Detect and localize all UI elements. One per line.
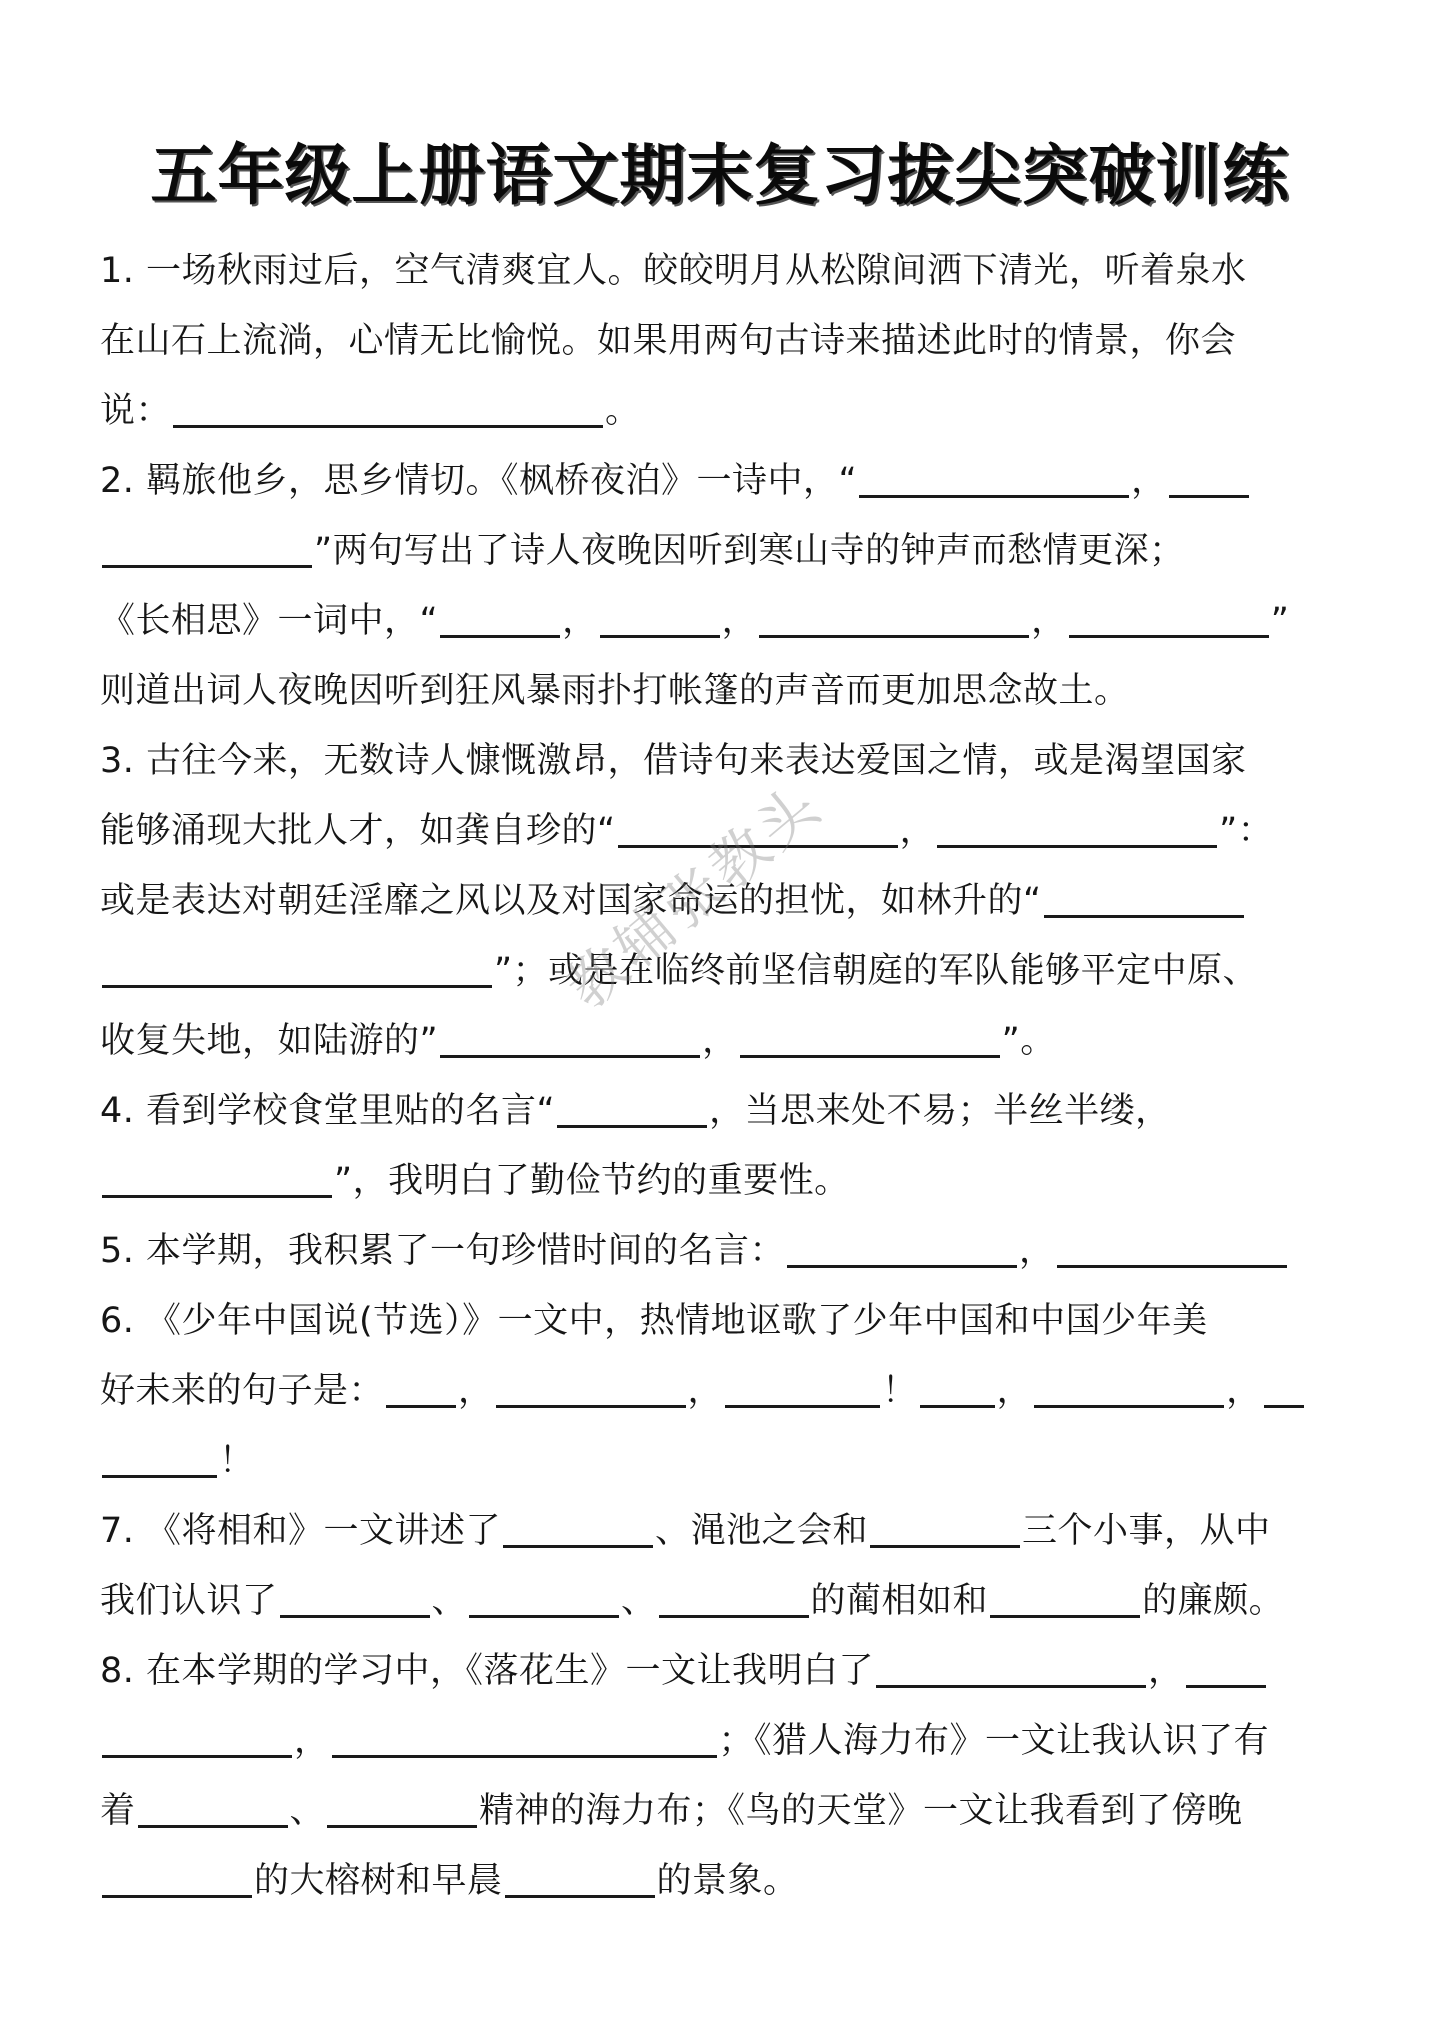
question-text: 2. 羁旅他乡，思乡情切。《枫桥夜泊》一诗中，“: [100, 446, 857, 516]
question-8: 8. 在本学期的学习中，《落花生》一文让我明白了，，；《猎人海力布》一文让我认识…: [100, 1636, 1350, 1916]
question-text: ，: [1131, 446, 1167, 516]
question-text: ，: [900, 796, 936, 866]
question-text: ，: [702, 1006, 738, 1076]
question-text: 。: [605, 376, 641, 446]
question-text: 的蔺相如和: [811, 1566, 989, 1636]
question-text: 5. 本学期，我积累了一句珍惜时间的名言：: [100, 1216, 785, 1286]
question-text: ”：: [1219, 796, 1273, 866]
question-text: ，: [1031, 586, 1067, 656]
question-text: 1. 一场秋雨过后，空气清爽宜人。皎皎明月从松隙间洒下清光，听着泉水: [100, 236, 1247, 306]
answer-blank[interactable]: [759, 615, 1029, 638]
question-text: ”；或是在临终前坚信朝庭的军队能够平定中原、: [494, 936, 1258, 1006]
question-text: ；《猎人海力布》一文让我认识了有: [719, 1706, 1270, 1776]
question-text: 7. 《将相和》一文讲述了: [100, 1496, 501, 1566]
question-text: ！: [219, 1426, 255, 1496]
question-text: ，: [562, 586, 598, 656]
question-line: 能够涌现大批人才，如龚自珍的“，”：: [100, 796, 1350, 866]
answer-blank[interactable]: [138, 1805, 288, 1828]
page-title: 五年级上册语文期末复习拔尖突破训练: [0, 136, 1440, 216]
answer-blank[interactable]: [725, 1385, 880, 1408]
question-text: ，: [1019, 1216, 1055, 1286]
question-text: ，当思来处不易；半丝半缕，: [709, 1076, 1171, 1146]
question-text: ，: [1226, 1356, 1262, 1426]
question-1: 1. 一场秋雨过后，空气清爽宜人。皎皎明月从松隙间洒下清光，听着泉水在山石上流淌…: [100, 236, 1350, 446]
question-line: ”；或是在临终前坚信朝庭的军队能够平定中原、: [100, 936, 1350, 1006]
question-text: 好未来的句子是：: [100, 1356, 384, 1426]
question-line: 我们认识了、、的蔺相如和的廉颇。: [100, 1566, 1350, 1636]
answer-blank[interactable]: [327, 1805, 477, 1828]
answer-blank[interactable]: [102, 545, 312, 568]
question-text: 的景象。: [657, 1846, 799, 1916]
question-7: 7. 《将相和》一文讲述了、渑池之会和三个小事，从中我们认识了、、的蔺相如和的廉…: [100, 1496, 1350, 1636]
question-line: 《长相思》一词中，“，，，”: [100, 586, 1350, 656]
answer-blank[interactable]: [920, 1385, 995, 1408]
question-4: 4. 看到学校食堂里贴的名言“，当思来处不易；半丝半缕，”，我明白了勤俭节约的重…: [100, 1076, 1350, 1216]
worksheet-page: 五年级上册语文期末复习拔尖突破训练 1. 一场秋雨过后，空气清爽宜人。皎皎明月从…: [0, 0, 1440, 2036]
answer-blank[interactable]: [1264, 1385, 1304, 1408]
answer-blank[interactable]: [440, 615, 560, 638]
question-line: 4. 看到学校食堂里贴的名言“，当思来处不易；半丝半缕，: [100, 1076, 1350, 1146]
answer-blank[interactable]: [990, 1595, 1140, 1618]
question-text: ，: [997, 1356, 1033, 1426]
question-text: 三个小事，从中: [1022, 1496, 1271, 1566]
question-line: ！: [100, 1426, 1350, 1496]
question-line: 收复失地，如陆游的”，”。: [100, 1006, 1350, 1076]
question-line: 3. 古往今来，无数诗人慷慨激昂，借诗句来表达爱国之情，或是渴望国家: [100, 726, 1350, 796]
question-text: 8. 在本学期的学习中，《落花生》一文让我明白了: [100, 1636, 874, 1706]
question-text: 、渑池之会和: [655, 1496, 868, 1566]
question-text: 说：: [100, 376, 171, 446]
question-line: 好未来的句子是：，，！，，: [100, 1356, 1350, 1426]
question-line: 的大榕树和早晨的景象。: [100, 1846, 1350, 1916]
question-6: 6. 《少年中国说(节选）》一文中，热情地讴歌了少年中国和中国少年美好未来的句子…: [100, 1286, 1350, 1496]
question-5: 5. 本学期，我积累了一句珍惜时间的名言：，: [100, 1216, 1350, 1286]
answer-blank[interactable]: [659, 1595, 809, 1618]
answer-blank[interactable]: [503, 1525, 653, 1548]
question-text: 能够涌现大批人才，如龚自珍的“: [100, 796, 616, 866]
answer-blank[interactable]: [937, 825, 1217, 848]
question-line: ”两句写出了诗人夜晚因听到寒山寺的钟声而愁情更深；: [100, 516, 1350, 586]
question-text: 的廉颇。: [1142, 1566, 1284, 1636]
answer-blank[interactable]: [102, 1455, 217, 1478]
question-line: 6. 《少年中国说(节选）》一文中，热情地讴歌了少年中国和中国少年美: [100, 1286, 1350, 1356]
answer-blank[interactable]: [440, 1035, 700, 1058]
question-text: 我们认识了: [100, 1566, 278, 1636]
answer-blank[interactable]: [102, 1735, 292, 1758]
question-text: ”: [1271, 586, 1290, 656]
answer-blank[interactable]: [386, 1385, 456, 1408]
question-line: 则道出词人夜晚因听到狂风暴雨扑打帐篷的声音而更加思念故土。: [100, 656, 1350, 726]
answer-blank[interactable]: [600, 615, 720, 638]
answer-blank[interactable]: [1186, 1665, 1266, 1688]
question-text: ，: [458, 1356, 494, 1426]
question-text: 、: [290, 1776, 326, 1846]
answer-blank[interactable]: [1044, 895, 1244, 918]
question-text: ”两句写出了诗人夜晚因听到寒山寺的钟声而愁情更深；: [314, 516, 1185, 586]
question-text: ！: [882, 1356, 918, 1426]
question-text: ，: [688, 1356, 724, 1426]
question-line: ，；《猎人海力布》一文让我认识了有: [100, 1706, 1350, 1776]
question-text: 则道出词人夜晚因听到狂风暴雨扑打帐篷的声音而更加思念故土。: [100, 656, 1130, 726]
answer-blank[interactable]: [1069, 615, 1269, 638]
question-text: ”，我明白了勤俭节约的重要性。: [334, 1146, 850, 1216]
question-line: 1. 一场秋雨过后，空气清爽宜人。皎皎明月从松隙间洒下清光，听着泉水: [100, 236, 1350, 306]
question-line: 7. 《将相和》一文讲述了、渑池之会和三个小事，从中: [100, 1496, 1350, 1566]
question-text: ，: [294, 1706, 330, 1776]
question-line: 着、精神的海力布；《鸟的天堂》一文让我看到了傍晚: [100, 1776, 1350, 1846]
question-text: 、: [432, 1566, 468, 1636]
answer-blank[interactable]: [870, 1525, 1020, 1548]
answer-blank[interactable]: [332, 1735, 717, 1758]
question-list: 1. 一场秋雨过后，空气清爽宜人。皎皎明月从松隙间洒下清光，听着泉水在山石上流淌…: [100, 236, 1350, 1916]
answer-blank[interactable]: [496, 1385, 686, 1408]
question-line: 说：。: [100, 376, 1350, 446]
answer-blank[interactable]: [618, 825, 898, 848]
answer-blank[interactable]: [173, 405, 603, 428]
question-line: 或是表达对朝廷淫靡之风以及对国家命运的担忧，如林升的“: [100, 866, 1350, 936]
question-text: 、: [621, 1566, 657, 1636]
answer-blank[interactable]: [740, 1035, 1000, 1058]
question-text: 6. 《少年中国说(节选）》一文中，热情地讴歌了少年中国和中国少年美: [100, 1286, 1208, 1356]
answer-blank[interactable]: [102, 1875, 252, 1898]
question-line: 在山石上流淌，心情无比愉悦。如果用两句古诗来描述此时的情景，你会: [100, 306, 1350, 376]
answer-blank[interactable]: [557, 1105, 707, 1128]
answer-blank[interactable]: [787, 1245, 1017, 1268]
answer-blank[interactable]: [505, 1875, 655, 1898]
answer-blank[interactable]: [1034, 1385, 1224, 1408]
answer-blank[interactable]: [469, 1595, 619, 1618]
question-text: ，: [722, 586, 758, 656]
answer-blank[interactable]: [876, 1665, 1146, 1688]
question-text: 的大榕树和早晨: [254, 1846, 503, 1916]
question-text: 着: [100, 1776, 136, 1846]
answer-blank[interactable]: [102, 965, 492, 988]
question-text: 3. 古往今来，无数诗人慷慨激昂，借诗句来表达爱国之情，或是渴望国家: [100, 726, 1247, 796]
question-2: 2. 羁旅他乡，思乡情切。《枫桥夜泊》一诗中，“，”两句写出了诗人夜晚因听到寒山…: [100, 446, 1350, 726]
question-line: 2. 羁旅他乡，思乡情切。《枫桥夜泊》一诗中，“，: [100, 446, 1350, 516]
answer-blank[interactable]: [1057, 1245, 1287, 1268]
question-3: 3. 古往今来，无数诗人慷慨激昂，借诗句来表达爱国之情，或是渴望国家能够涌现大批…: [100, 726, 1350, 1076]
question-text: 收复失地，如陆游的”: [100, 1006, 438, 1076]
answer-blank[interactable]: [280, 1595, 430, 1618]
question-text: 4. 看到学校食堂里贴的名言“: [100, 1076, 555, 1146]
question-line: 5. 本学期，我积累了一句珍惜时间的名言：，: [100, 1216, 1350, 1286]
question-line: 8. 在本学期的学习中，《落花生》一文让我明白了，: [100, 1636, 1350, 1706]
question-text: ”。: [1002, 1006, 1056, 1076]
answer-blank[interactable]: [1169, 475, 1249, 498]
answer-blank[interactable]: [102, 1175, 332, 1198]
question-text: 在山石上流淌，心情无比愉悦。如果用两句古诗来描述此时的情景，你会: [100, 306, 1236, 376]
question-text: ，: [1148, 1636, 1184, 1706]
question-text: 精神的海力布；《鸟的天堂》一文让我看到了傍晚: [479, 1776, 1243, 1846]
question-line: ”，我明白了勤俭节约的重要性。: [100, 1146, 1350, 1216]
answer-blank[interactable]: [859, 475, 1129, 498]
question-text: 或是表达对朝廷淫靡之风以及对国家命运的担忧，如林升的“: [100, 866, 1042, 936]
question-text: 《长相思》一词中，“: [100, 586, 438, 656]
